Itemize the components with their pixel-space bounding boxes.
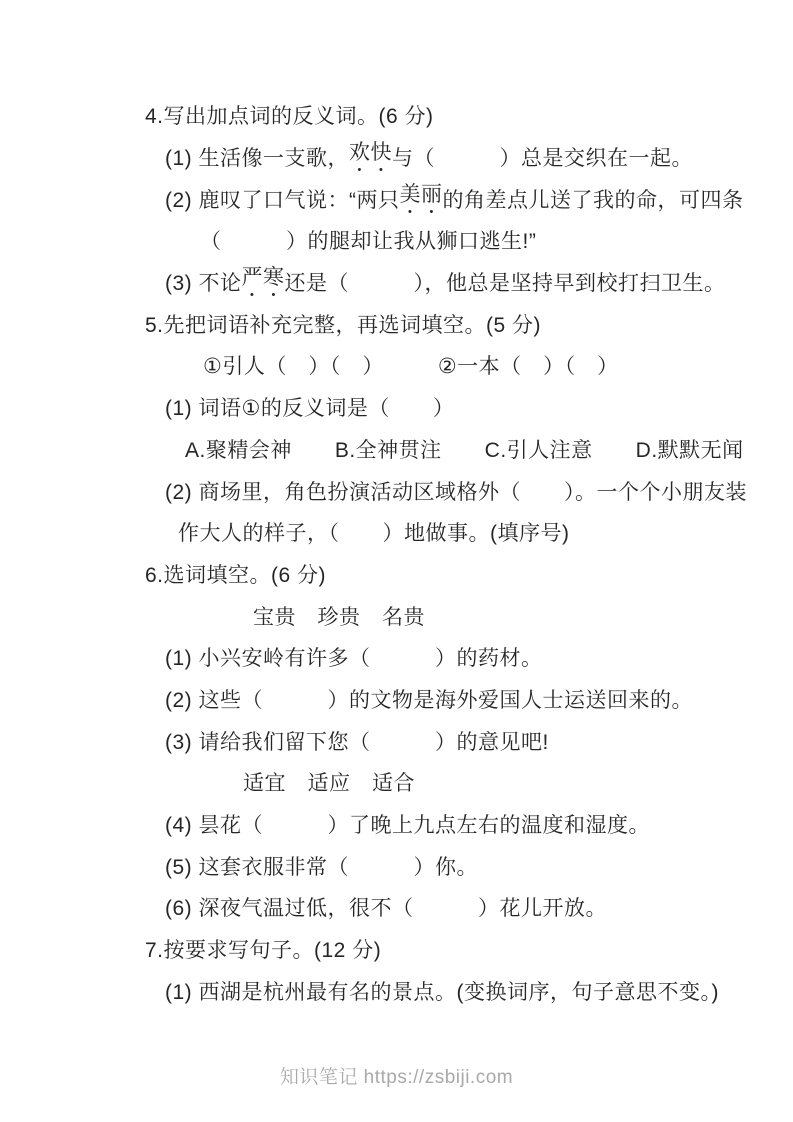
text-run: 与（ ）总是交织在一起。 (392, 148, 693, 169)
word-completion-row: ①引人（ ）（ ） ②一本（ ）（ ） (0, 346, 793, 388)
text-run: 4.写出加点词的反义词。(6 分) (145, 106, 434, 127)
text-run: (1) 词语①的反义词是（ ） (165, 398, 454, 419)
text-run: A.聚精会神 B.全神贯注 C.引人注意 D.默默无闻 (185, 440, 744, 461)
question-heading: 4.写出加点词的反义词。(6 分) (0, 96, 793, 138)
footer: 知识笔记 https://zsbiji.com (0, 1062, 793, 1089)
question-subitem: (2) 这些（ ）的文物是海外爱国人士运送回来的。 (0, 680, 793, 722)
question-subitem: (6) 深夜气温过低，很不（ ）花儿开放。 (0, 888, 793, 930)
subitem-continuation: （ ）的腿却让我从狮口逃生!” (0, 221, 793, 263)
text-run: 还是（ ），他总是坚持早到校打扫卫生。 (285, 273, 726, 294)
emphasized-word: 美丽 (400, 183, 443, 218)
question-subitem: (5) 这套衣服非常（ ）你。 (0, 846, 793, 888)
text-run: (1) 生活像一支歌， (165, 148, 349, 169)
text-run: 宝贵 珍贵 名贵 (253, 607, 425, 628)
emphasized-word: 严寒 (242, 266, 285, 301)
question-subitem: (1) 小兴安岭有许多（ ）的药材。 (0, 638, 793, 680)
question-subitem: (1) 西湖是杭州最有名的景点。(变换词序，句子意思不变。) (0, 971, 793, 1013)
exam-page: 4.写出加点词的反义词。(6 分)(1) 生活像一支歌，欢快与（ ）总是交织在一… (0, 0, 793, 1122)
question-heading: 5.先把词语补充完整，再选词填空。(5 分) (0, 304, 793, 346)
question-heading: 7.按要求写句子。(12 分) (0, 930, 793, 972)
text-run: 7.按要求写句子。(12 分) (145, 940, 381, 961)
question-subitem: (4) 昙花（ ）了晚上九点左右的温度和湿度。 (0, 805, 793, 847)
question-subitem: (3) 请给我们留下您（ ）的意见吧! (0, 721, 793, 763)
text-run: 的角差点儿送了我的命，可四条 (443, 190, 744, 211)
text-run: (1) 小兴安岭有许多（ ）的药材。 (165, 648, 543, 669)
text-run: （ ）的腿却让我从狮口逃生!” (200, 231, 536, 252)
question-subitem: (3) 不论严寒还是（ ），他总是坚持早到校打扫卫生。 (0, 263, 793, 305)
text-run: 6.选词填空。(6 分) (145, 565, 326, 586)
text-run: 作大人的样子，（ ）地做事。(填序号) (178, 523, 570, 544)
text-run: (5) 这套衣服非常（ ）你。 (165, 857, 478, 878)
text-run: 适宜 适应 适合 (243, 773, 415, 794)
question-heading: 6.选词填空。(6 分) (0, 555, 793, 597)
footer-watermark-text: 知识笔记 https://zsbiji.com (280, 1067, 513, 1088)
subitem-continuation: 作大人的样子，（ ）地做事。(填序号) (0, 513, 793, 555)
text-run: (2) 商场里，角色扮演活动区域格外（ ）。一个个小朋友装 (165, 482, 747, 503)
text-run: (2) 鹿叹了口气说：“两只 (165, 190, 400, 211)
word-bank: 宝贵 珍贵 名贵 (0, 596, 793, 638)
option-row: A.聚精会神 B.全神贯注 C.引人注意 D.默默无闻 (0, 430, 793, 472)
question-subitem: (1) 词语①的反义词是（ ） (0, 388, 793, 430)
text-run: ①引人（ ）（ ） ②一本（ ）（ ） (203, 356, 619, 377)
question-subitem: (2) 鹿叹了口气说：“两只美丽的角差点儿送了我的命，可四条 (0, 179, 793, 221)
text-run: (1) 西湖是杭州最有名的景点。(变换词序，句子意思不变。) (165, 982, 719, 1003)
emphasized-word: 欢快 (349, 141, 392, 176)
text-run: (4) 昙花（ ）了晚上九点左右的温度和湿度。 (165, 815, 650, 836)
text-run: (2) 这些（ ）的文物是海外爱国人士运送回来的。 (165, 690, 693, 711)
question-subitem: (2) 商场里，角色扮演活动区域格外（ ）。一个个小朋友装 (0, 471, 793, 513)
exam-content: 4.写出加点词的反义词。(6 分)(1) 生活像一支歌，欢快与（ ）总是交织在一… (0, 0, 793, 1013)
question-subitem: (1) 生活像一支歌，欢快与（ ）总是交织在一起。 (0, 138, 793, 180)
text-run: (6) 深夜气温过低，很不（ ）花儿开放。 (165, 898, 607, 919)
text-run: (3) 不论 (165, 273, 242, 294)
word-bank: 适宜 适应 适合 (0, 763, 793, 805)
text-run: 5.先把词语补充完整，再选词填空。(5 分) (145, 315, 541, 336)
text-run: (3) 请给我们留下您（ ）的意见吧! (165, 732, 549, 753)
